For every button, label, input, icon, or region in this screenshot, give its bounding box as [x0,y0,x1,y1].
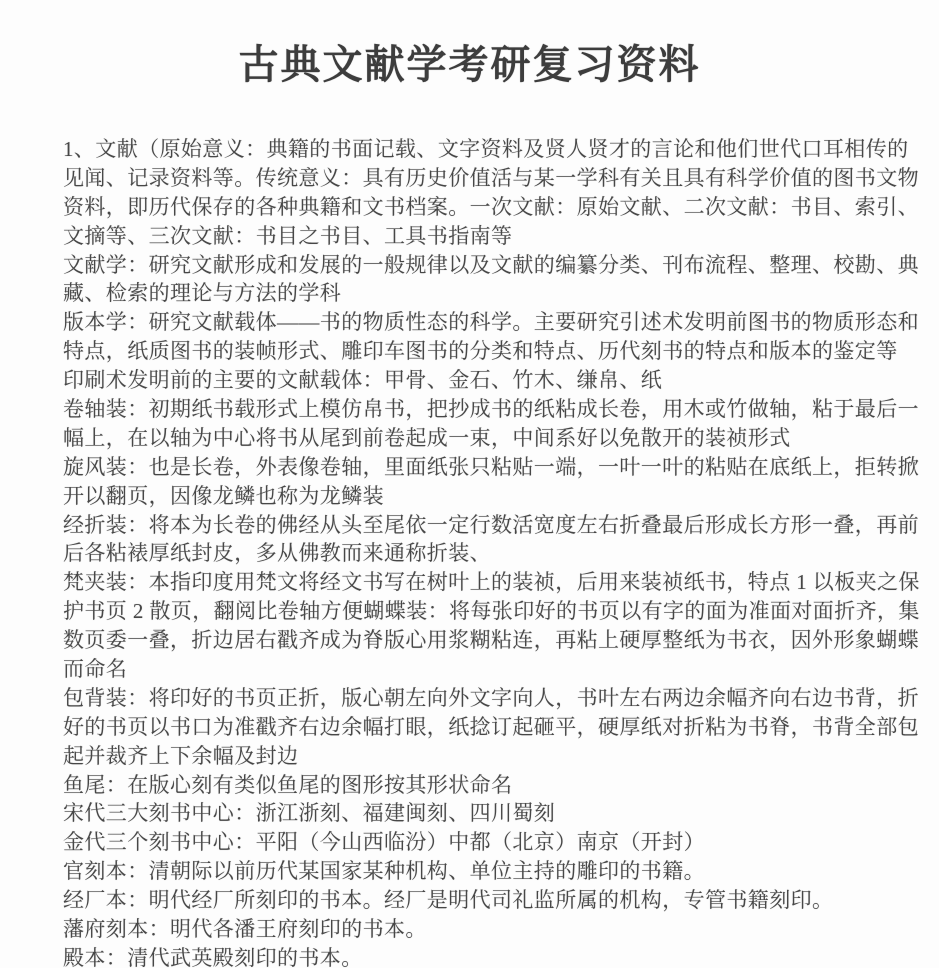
text-line: 卷轴装：初期纸书载形式上模仿帛书，把抄成书的纸粘成长卷，用木或竹做轴，粘于最后一 [63,395,879,424]
text-line: 见闻、记录资料等。传统意义：具有历史价值活与某一学科有关且具有科学价值的图书文物 [63,164,879,193]
text-line: 殿本：清代武英殿刻印的书本。 [63,944,879,968]
document-body: 1、文献（原始意义：典籍的书面记载、文字资料及贤人贤才的言论和他们世代口耳相传的… [63,135,879,968]
text-line: 梵夹装：本指印度用梵文将经文书写在树叶上的装祯，后用来装祯纸书，特点 1 以板夹… [63,568,879,597]
text-line: 鱼尾：在版心刻有类似鱼尾的图形按其形状命名 [63,771,879,800]
text-line: 数页委一叠，折边居右戳齐成为脊版心用浆糊粘连，再粘上硬厚整纸为书衣，因外形象蝴蝶 [63,626,879,655]
text-line: 幅上，在以轴为中心将书从尾到前卷起成一束，中间系好以免散开的装祯形式 [63,424,879,453]
text-line: 旋风装：也是长卷，外表像卷轴，里面纸张只粘贴一端，一叶一叶的粘贴在底纸上，拒转掀 [63,453,879,482]
text-line: 护书页 2 散页，翻阅比卷轴方便蝴蝶装：将每张印好的书页以有字的面为准面对面折齐… [63,597,879,626]
text-line: 金代三个刻书中心：平阳（今山西临汾）中都（北京）南京（开封） [63,828,879,857]
text-line: 官刻本：清朝际以前历代某国家某种机构、单位主持的雕印的书籍。 [63,857,879,886]
text-line: 版本学：研究文献载体——书的物质性态的科学。主要研究引述术发明前图书的物质形态和 [63,308,879,337]
text-line: 特点，纸质图书的装帧形式、雕印车图书的分类和特点、历代刻书的特点和版本的鉴定等 [63,337,879,366]
text-line: 藩府刻本：明代各潘王府刻印的书本。 [63,915,879,944]
text-line: 资料，即历代保存的各种典籍和文书档案。一次文献：原始文献、二次文献：书目、索引、 [63,193,879,222]
document-title: 古典文献学考研复习资料 [0,0,939,90]
text-line: 好的书页以书口为准戳齐右边余幅打眼，纸捻订起砸平，硬厚纸对折粘为书脊，书背全部包 [63,713,879,742]
text-line: 文摘等、三次文献：书目之书目、工具书指南等 [63,222,879,251]
text-line: 而命名 [63,655,879,684]
text-line: 经折装：将本为长卷的佛经从头至尾依一定行数活宽度左右折叠最后形成长方形一叠，再前 [63,511,879,540]
text-line: 宋代三大刻书中心：浙江浙刻、福建闽刻、四川蜀刻 [63,799,879,828]
text-line: 经厂本：明代经厂所刻印的书本。经厂是明代司礼监所属的机构，专管书籍刻印。 [63,886,879,915]
text-line: 藏、检索的理论与方法的学科 [63,279,879,308]
text-line: 文献学：研究文献形成和发展的一般规律以及文献的编纂分类、刊布流程、整理、校勘、典 [63,251,879,280]
text-line: 包背装：将印好的书页正折，版心朝左向外文字向人，书叶左右两边余幅齐向右边书背，折 [63,684,879,713]
text-line: 后各粘裱厚纸封皮，多从佛教而来通称折装、 [63,539,879,568]
text-line: 起并裁齐上下余幅及封边 [63,742,879,771]
text-line: 印刷术发明前的主要的文献载体：甲骨、金石、竹木、缣帛、纸 [63,366,879,395]
text-line: 1、文献（原始意义：典籍的书面记载、文字资料及贤人贤才的言论和他们世代口耳相传的 [63,135,879,164]
text-line: 开以翻页，因像龙鳞也称为龙鳞装 [63,482,879,511]
document-page: 古典文献学考研复习资料 1、文献（原始意义：典籍的书面记载、文字资料及贤人贤才的… [0,0,939,968]
